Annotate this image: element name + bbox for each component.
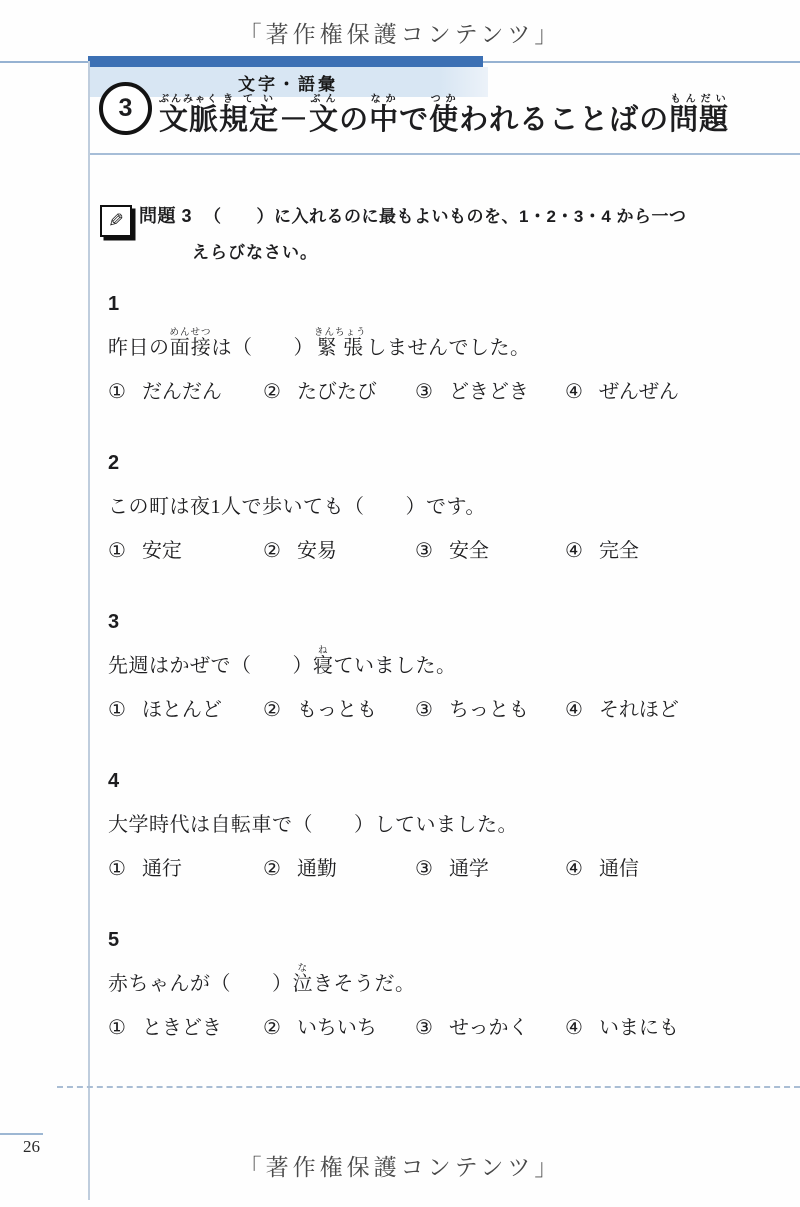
- bottom-dashed-rule: [57, 1086, 800, 1088]
- question-sentence: この町は夜1人で歩いても（ ）です。: [108, 477, 780, 519]
- option-text: それほど: [599, 699, 679, 721]
- question-number: 5: [108, 929, 780, 954]
- answer-option: ③どきどき: [415, 375, 565, 404]
- instruction-line1: （ ）に入れるのに最もよいものを、1・2・3・4 から一つ: [204, 207, 687, 226]
- option-text: 完全: [599, 540, 639, 562]
- answer-option: ④通信: [565, 852, 780, 881]
- option-number-icon: ④: [565, 540, 583, 562]
- answer-option: ①だんだん: [108, 375, 263, 404]
- option-text: どきどき: [449, 381, 529, 403]
- answer-option: ②もっとも: [263, 693, 415, 722]
- option-text: ときどき: [142, 1017, 222, 1039]
- option-text: 安全: [449, 540, 489, 562]
- answer-option: ③せっかく: [415, 1011, 565, 1040]
- answer-option: ④それほど: [565, 693, 780, 722]
- option-text: いまにも: [599, 1017, 679, 1039]
- question-sentence: 昨日の面接めんせつは（ ）緊張きんちょうしませんでした。: [108, 318, 780, 360]
- option-number-icon: ④: [565, 1017, 583, 1039]
- options-row: ①ほとんど②もっとも③ちっとも④それほど: [108, 693, 780, 722]
- option-text: いちいち: [297, 1017, 377, 1039]
- option-number-icon: ②: [263, 699, 281, 721]
- option-number-icon: ②: [263, 381, 281, 403]
- option-text: 通信: [599, 858, 639, 880]
- instruction-label: 問題 3: [139, 206, 192, 226]
- answer-option: ②安易: [263, 534, 415, 563]
- page-title: 文脈ぶんみゃく規定きてい－文ぶんの中なかで使つかわれることばの問題もんだい: [159, 94, 729, 138]
- section-number-badge: 3: [99, 82, 152, 135]
- option-text: ほとんど: [142, 699, 222, 721]
- option-number-icon: ①: [108, 381, 126, 403]
- textbook-page: 「著作権保護コンテンツ」 文字・語彙 3 文脈ぶんみゃく規定きてい－文ぶんの中な…: [0, 0, 800, 1207]
- answer-option: ④いまにも: [565, 1011, 780, 1040]
- question-block: 4大学時代は自転車で（ ）していました。①通行②通勤③通学④通信: [108, 770, 780, 929]
- option-text: たびたび: [297, 381, 377, 403]
- answer-option: ②いちいち: [263, 1011, 415, 1040]
- question-sentence: 赤ちゃんが（ ）泣なきそうだ。: [108, 954, 780, 996]
- header-accent-bar: [88, 56, 483, 67]
- answer-option: ②通勤: [263, 852, 415, 881]
- option-text: 安易: [297, 540, 337, 562]
- options-row: ①通行②通勤③通学④通信: [108, 852, 780, 881]
- option-number-icon: ③: [415, 699, 433, 721]
- option-text: だんだん: [142, 381, 222, 403]
- answer-option: ③安全: [415, 534, 565, 563]
- options-row: ①ときどき②いちいち③せっかく④いまにも: [108, 1011, 780, 1040]
- option-text: 安定: [142, 540, 182, 562]
- option-number-icon: ①: [108, 1017, 126, 1039]
- option-number-icon: ①: [108, 699, 126, 721]
- option-number-icon: ②: [263, 1017, 281, 1039]
- left-margin-rule: [88, 61, 90, 1200]
- option-text: もっとも: [297, 699, 377, 721]
- answer-option: ②たびたび: [263, 375, 415, 404]
- option-text: 通勤: [297, 858, 337, 880]
- category-label: 文字・語彙: [238, 70, 338, 95]
- answer-option: ③ちっとも: [415, 693, 565, 722]
- question-block: 3先週はかぜで（ ）寝ねていました。①ほとんど②もっとも③ちっとも④それほど: [108, 611, 780, 770]
- option-number-icon: ①: [108, 858, 126, 880]
- options-row: ①安定②安易③安全④完全: [108, 534, 780, 563]
- option-number-icon: ②: [263, 858, 281, 880]
- question-number: 2: [108, 452, 780, 477]
- question-number: 4: [108, 770, 780, 795]
- option-text: ぜんぜん: [599, 381, 679, 403]
- header-band: 文字・語彙: [88, 67, 488, 97]
- answer-option: ①通行: [108, 852, 263, 881]
- option-text: 通学: [449, 858, 489, 880]
- instruction-line2: えらびなさい。: [192, 238, 740, 263]
- question-sentence: 大学時代は自転車で（ ）していました。: [108, 795, 780, 837]
- instruction-block: ✎ 問題 3（ ）に入れるのに最もよいものを、1・2・3・4 から一つ えらびな…: [100, 202, 740, 263]
- option-number-icon: ④: [565, 858, 583, 880]
- option-text: せっかく: [449, 1017, 529, 1039]
- answer-option: ④ぜんぜん: [565, 375, 780, 404]
- page-number-rule: [0, 1133, 43, 1135]
- question-sentence: 先週はかぜで（ ）寝ねていました。: [108, 636, 780, 678]
- copyright-watermark-top: 「著作権保護コンテンツ」: [0, 16, 800, 49]
- pencil-icon: ✎: [100, 205, 132, 237]
- question-number: 1: [108, 293, 780, 318]
- option-number-icon: ④: [565, 699, 583, 721]
- option-number-icon: ②: [263, 540, 281, 562]
- option-number-icon: ③: [415, 858, 433, 880]
- option-number-icon: ③: [415, 1017, 433, 1039]
- header-bottom-rule: [88, 153, 800, 155]
- answer-option: ③通学: [415, 852, 565, 881]
- option-number-icon: ③: [415, 381, 433, 403]
- question-block: 5赤ちゃんが（ ）泣なきそうだ。①ときどき②いちいち③せっかく④いまにも: [108, 929, 780, 1088]
- answer-option: ①ほとんど: [108, 693, 263, 722]
- answer-option: ①ときどき: [108, 1011, 263, 1040]
- option-text: ちっとも: [449, 699, 529, 721]
- answer-option: ④完全: [565, 534, 780, 563]
- option-number-icon: ①: [108, 540, 126, 562]
- question-block: 1昨日の面接めんせつは（ ）緊張きんちょうしませんでした。①だんだん②たびたび③…: [108, 293, 780, 452]
- section-number: 3: [119, 94, 133, 123]
- questions-list: 1昨日の面接めんせつは（ ）緊張きんちょうしませんでした。①だんだん②たびたび③…: [108, 293, 780, 1088]
- option-number-icon: ④: [565, 381, 583, 403]
- option-number-icon: ③: [415, 540, 433, 562]
- copyright-watermark-bottom: 「著作権保護コンテンツ」: [0, 1149, 800, 1182]
- question-block: 2この町は夜1人で歩いても（ ）です。①安定②安易③安全④完全: [108, 452, 780, 611]
- answer-option: ①安定: [108, 534, 263, 563]
- option-text: 通行: [142, 858, 182, 880]
- options-row: ①だんだん②たびたび③どきどき④ぜんぜん: [108, 375, 780, 404]
- question-number: 3: [108, 611, 780, 636]
